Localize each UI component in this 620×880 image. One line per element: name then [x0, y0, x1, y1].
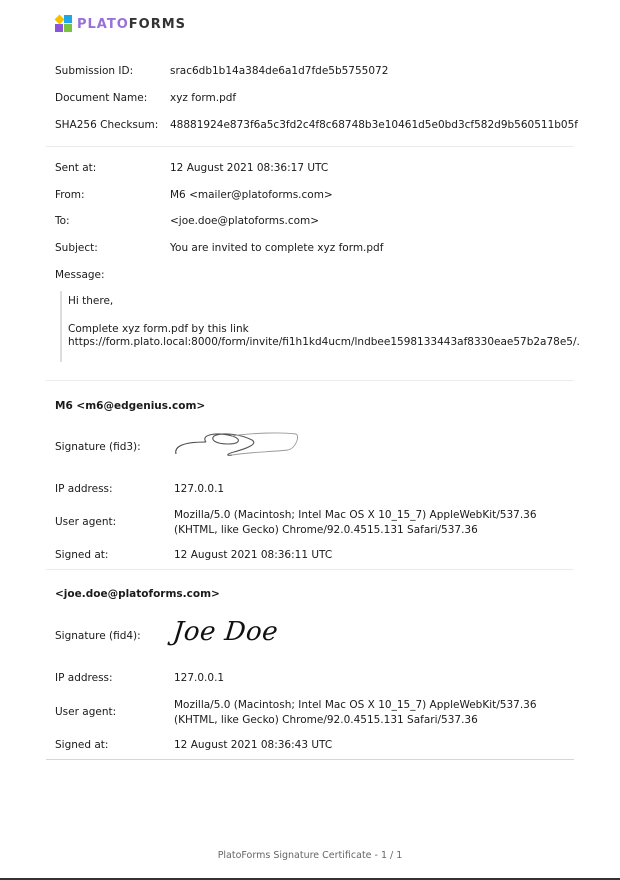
submission-id-row: Submission ID: srac6db1b14a384de6a1d7fde… — [55, 64, 575, 79]
message-row: Message: — [55, 268, 575, 283]
signature-label: Signature (fid4): — [55, 629, 170, 644]
from-row: From: M6 <mailer@platoforms.com> — [55, 188, 575, 203]
message-line: Hi there, — [68, 295, 583, 309]
document-name-row: Document Name: xyz form.pdf — [55, 91, 575, 106]
sent-at-label: Sent at: — [55, 161, 170, 176]
document-name-value: xyz form.pdf — [170, 91, 236, 106]
logo-mark-icon — [55, 15, 73, 33]
submission-id-label: Submission ID: — [55, 64, 170, 79]
signed-at-value: 12 August 2021 08:36:43 UTC — [174, 738, 332, 753]
subject-label: Subject: — [55, 241, 170, 256]
signed-at-row: Signed at: 12 August 2021 08:36:43 UTC — [55, 738, 575, 753]
subject-value: You are invited to complete xyz form.pdf — [170, 241, 383, 256]
user-agent-value: Mozilla/5.0 (Macintosh; Intel Mac OS X 1… — [174, 508, 537, 538]
ip-row: IP address: 127.0.0.1 — [55, 671, 575, 686]
ip-value: 127.0.0.1 — [174, 482, 224, 497]
to-row: To: <joe.doe@platoforms.com> — [55, 214, 575, 229]
sent-at-value: 12 August 2021 08:36:17 UTC — [170, 161, 328, 176]
from-label: From: — [55, 188, 170, 203]
checksum-value: 48881924e873f6a5c3fd2c4f8c68748b3e10461d… — [170, 118, 578, 133]
user-agent-row: User agent: Mozilla/5.0 (Macintosh; Inte… — [55, 508, 575, 538]
subject-row: Subject: You are invited to complete xyz… — [55, 241, 575, 256]
document-name-label: Document Name: — [55, 91, 170, 106]
to-value: <joe.doe@platoforms.com> — [170, 214, 319, 229]
user-agent-label: User agent: — [55, 508, 174, 530]
signer-name: M6 <m6@edgenius.com> — [55, 400, 205, 412]
message-label: Message: — [55, 268, 170, 283]
user-agent-label: User agent: — [55, 698, 174, 720]
divider — [46, 380, 574, 381]
divider — [46, 146, 574, 147]
message-link[interactable]: https://form.plato.local:8000/form/invit… — [68, 336, 583, 350]
checksum-label: SHA256 Checksum: — [55, 118, 170, 133]
signature-row: Signature (fid3): — [55, 440, 575, 455]
page-footer: PlatoForms Signature Certificate - 1 / 1 — [0, 850, 620, 861]
user-agent-value: Mozilla/5.0 (Macintosh; Intel Mac OS X 1… — [174, 698, 537, 728]
divider — [46, 569, 574, 570]
ip-label: IP address: — [55, 671, 174, 686]
to-label: To: — [55, 214, 170, 229]
sent-at-row: Sent at: 12 August 2021 08:36:17 UTC — [55, 161, 575, 176]
platoforms-logo: PLATOFORMS — [55, 15, 186, 33]
signed-at-row: Signed at: 12 August 2021 08:36:11 UTC — [55, 548, 575, 563]
message-line: Complete xyz form.pdf by this link — [68, 323, 583, 337]
divider — [46, 759, 574, 760]
signature-label: Signature (fid3): — [55, 440, 170, 455]
drawn-signature-image — [170, 428, 305, 464]
checksum-row: SHA256 Checksum: 48881924e873f6a5c3fd2c4… — [55, 118, 575, 133]
ip-label: IP address: — [55, 482, 174, 497]
typed-signature: Joe Doe — [171, 617, 279, 647]
submission-id-value: srac6db1b14a384de6a1d7fde5b5755072 — [170, 64, 388, 79]
signature-row: Signature (fid4): — [55, 629, 575, 644]
logo-text: PLATOFORMS — [77, 17, 186, 32]
ip-value: 127.0.0.1 — [174, 671, 224, 686]
signed-at-value: 12 August 2021 08:36:11 UTC — [174, 548, 332, 563]
from-value: M6 <mailer@platoforms.com> — [170, 188, 333, 203]
signer-name: <joe.doe@platoforms.com> — [55, 588, 220, 600]
user-agent-row: User agent: Mozilla/5.0 (Macintosh; Inte… — [55, 698, 575, 728]
ip-row: IP address: 127.0.0.1 — [55, 482, 575, 497]
signed-at-label: Signed at: — [55, 548, 174, 563]
message-body: Hi there, Complete xyz form.pdf by this … — [60, 291, 583, 362]
signed-at-label: Signed at: — [55, 738, 174, 753]
